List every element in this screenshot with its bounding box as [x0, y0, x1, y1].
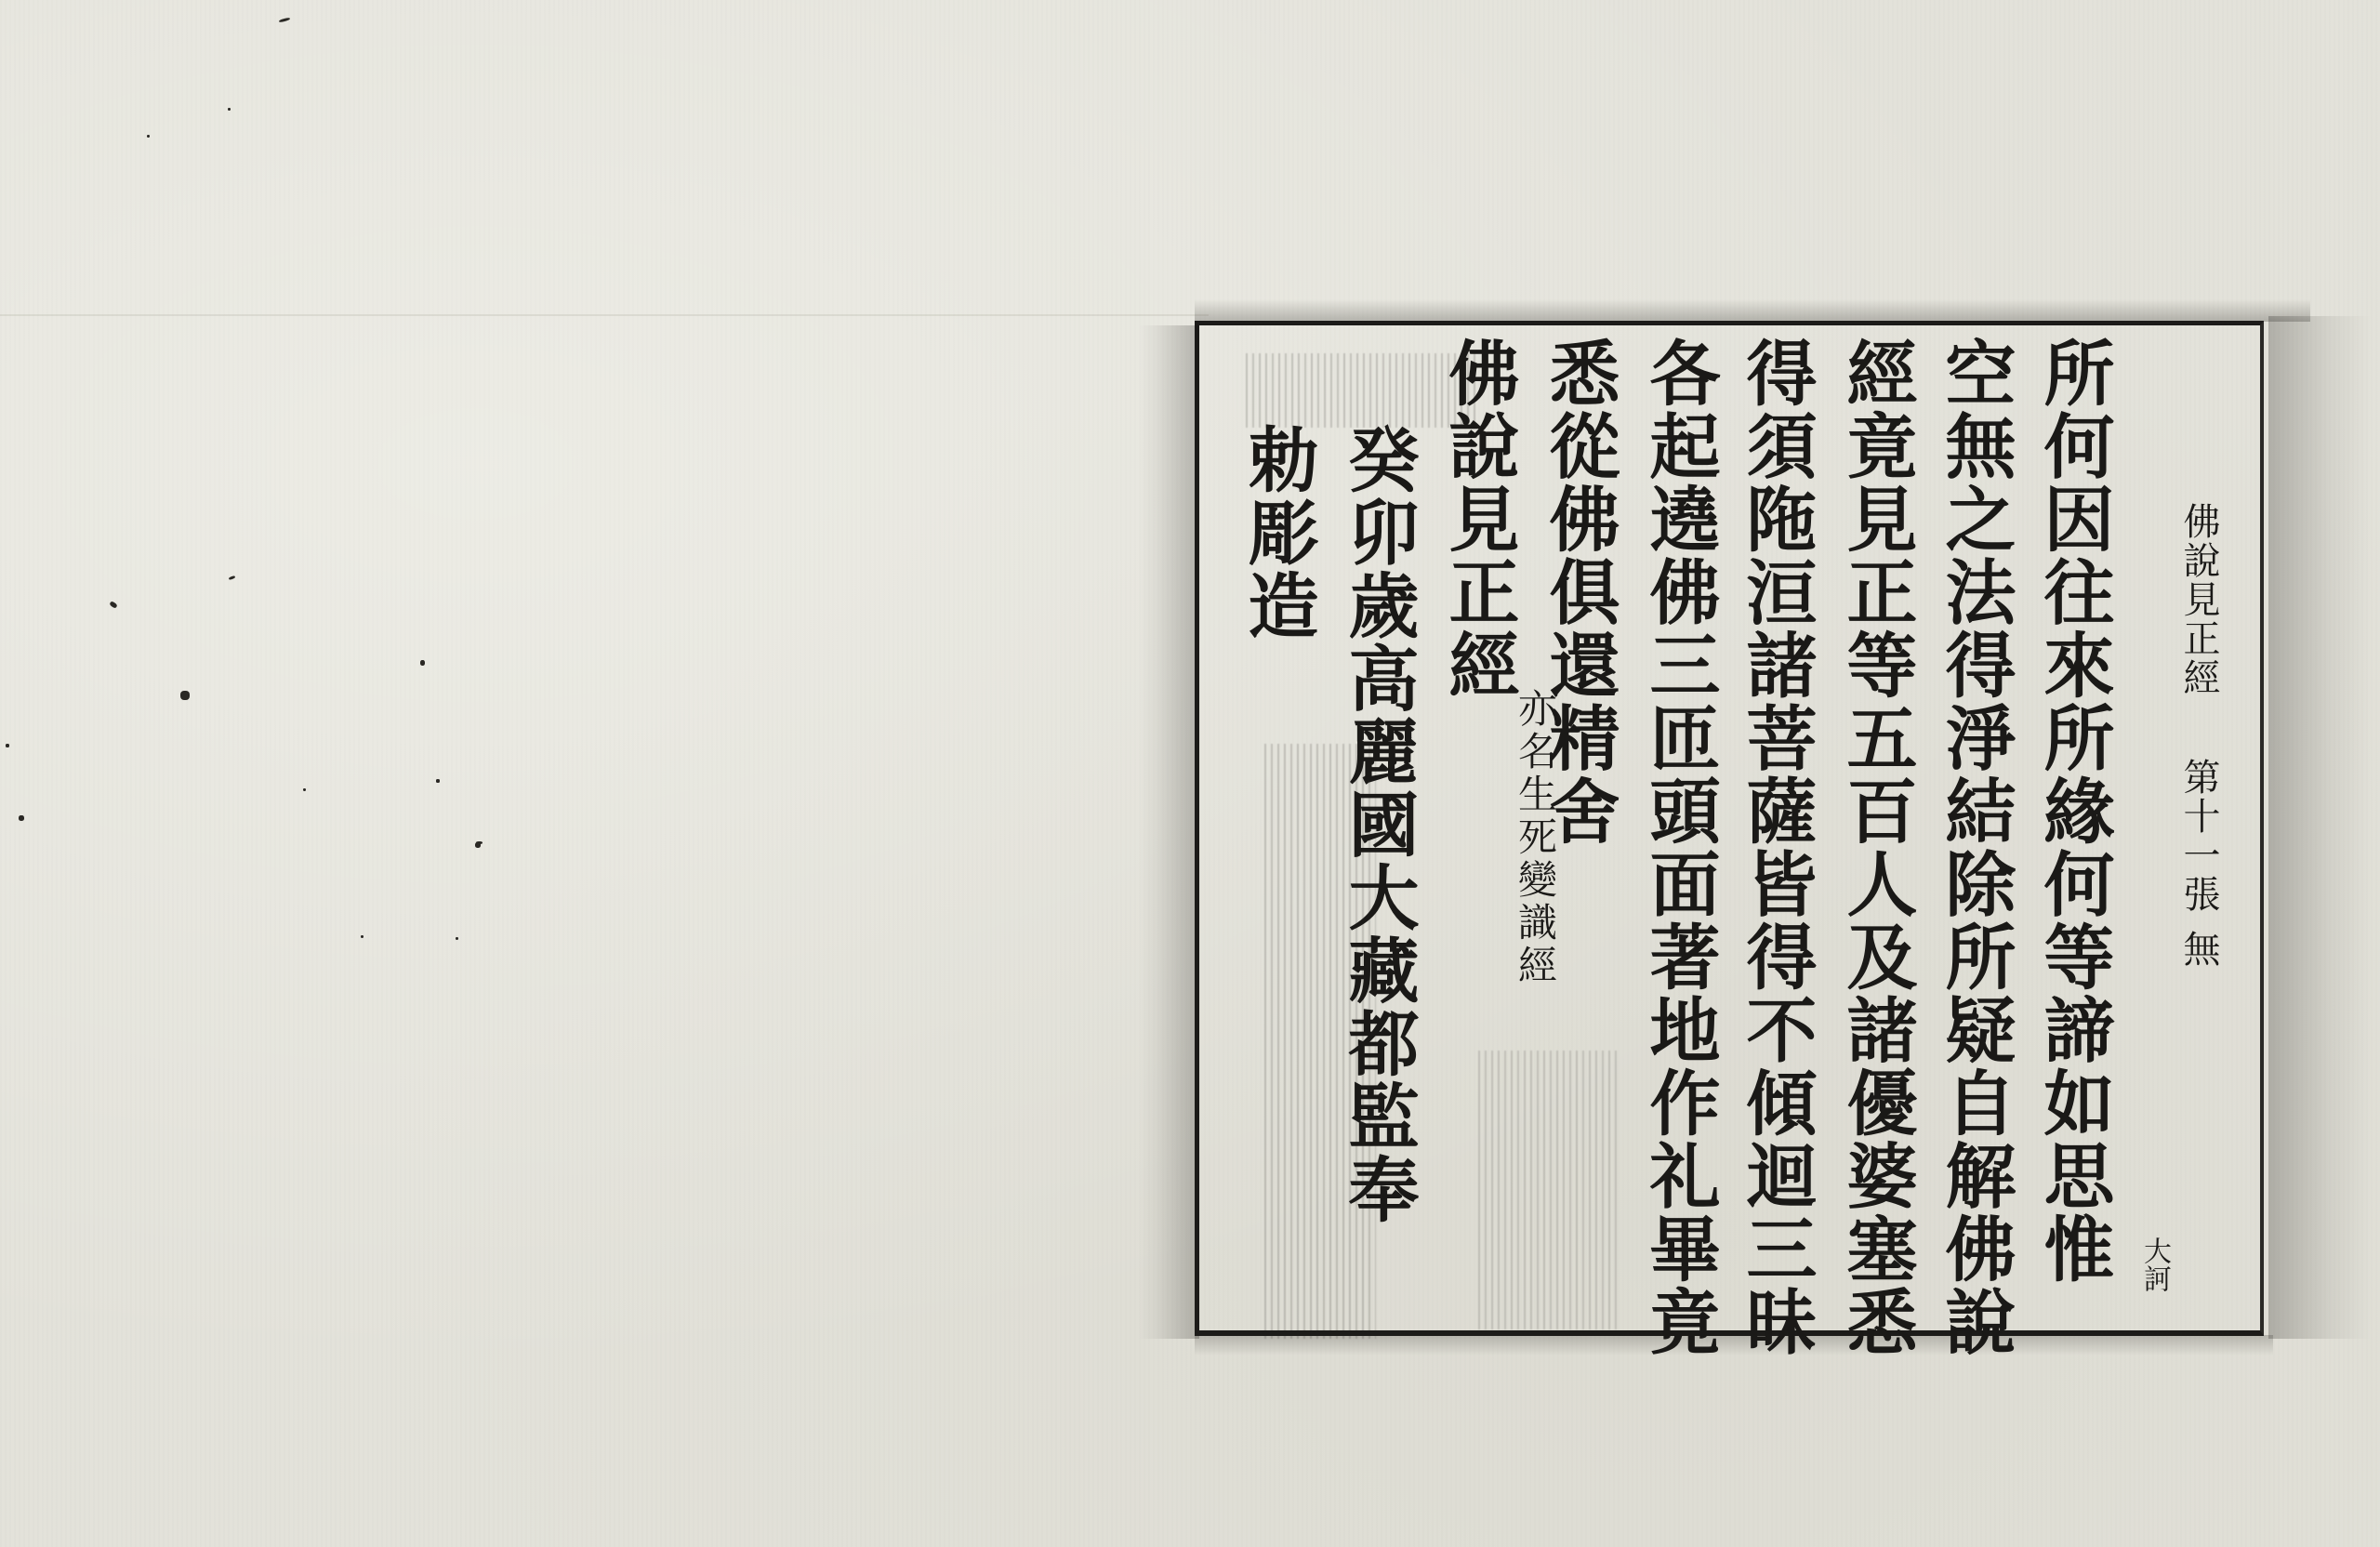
ink-bleed-right	[2268, 316, 2371, 1339]
text-column-8-colophon: 癸卯歲高麗國大藏都監奉	[1342, 423, 1413, 1226]
text-column-1: 所何因往來所緣何等諦如思惟	[2038, 337, 2109, 1286]
paper-speck	[19, 815, 24, 821]
paper-speck	[420, 660, 425, 666]
ink-bleed-left	[1139, 325, 1199, 1339]
paper-speck	[6, 744, 9, 747]
paper-speck	[147, 135, 150, 138]
paper-fold-line	[0, 314, 1209, 316]
paper-speck	[228, 108, 231, 111]
margin-block-mark: 無	[2180, 930, 2217, 969]
paper-speck	[303, 788, 306, 791]
ink-bleed-top	[1195, 299, 2310, 322]
text-column-2: 空無之法得淨結除所疑自解佛說	[1939, 337, 2010, 1358]
text-column-3: 經竟見正等五百人及諸優婆塞悉	[1841, 337, 1911, 1358]
margin-bottom-mark: 大訶	[2140, 1236, 2168, 1292]
text-column-7-alternate-title-note: 亦名生死變識經	[1515, 688, 1554, 987]
text-column-9-colophon: 勅彫造	[1242, 423, 1313, 642]
text-column-5: 各起遶佛三匝頭面著地作礼畢竟	[1644, 337, 1714, 1358]
text-column-7-sutra-end-title: 佛說見正經	[1443, 337, 1514, 702]
paper-speck	[180, 691, 190, 700]
paper-speck	[361, 935, 364, 938]
text-column-4: 得須陁洹諸菩薩皆得不傾迴三昧	[1740, 337, 1811, 1358]
paper-speck	[436, 779, 440, 783]
paper-speck	[475, 842, 481, 848]
margin-page-label: 第十一張	[2180, 758, 2217, 914]
paper-speck	[456, 937, 458, 940]
margin-sutra-title: 佛說見正經	[2180, 502, 2217, 697]
